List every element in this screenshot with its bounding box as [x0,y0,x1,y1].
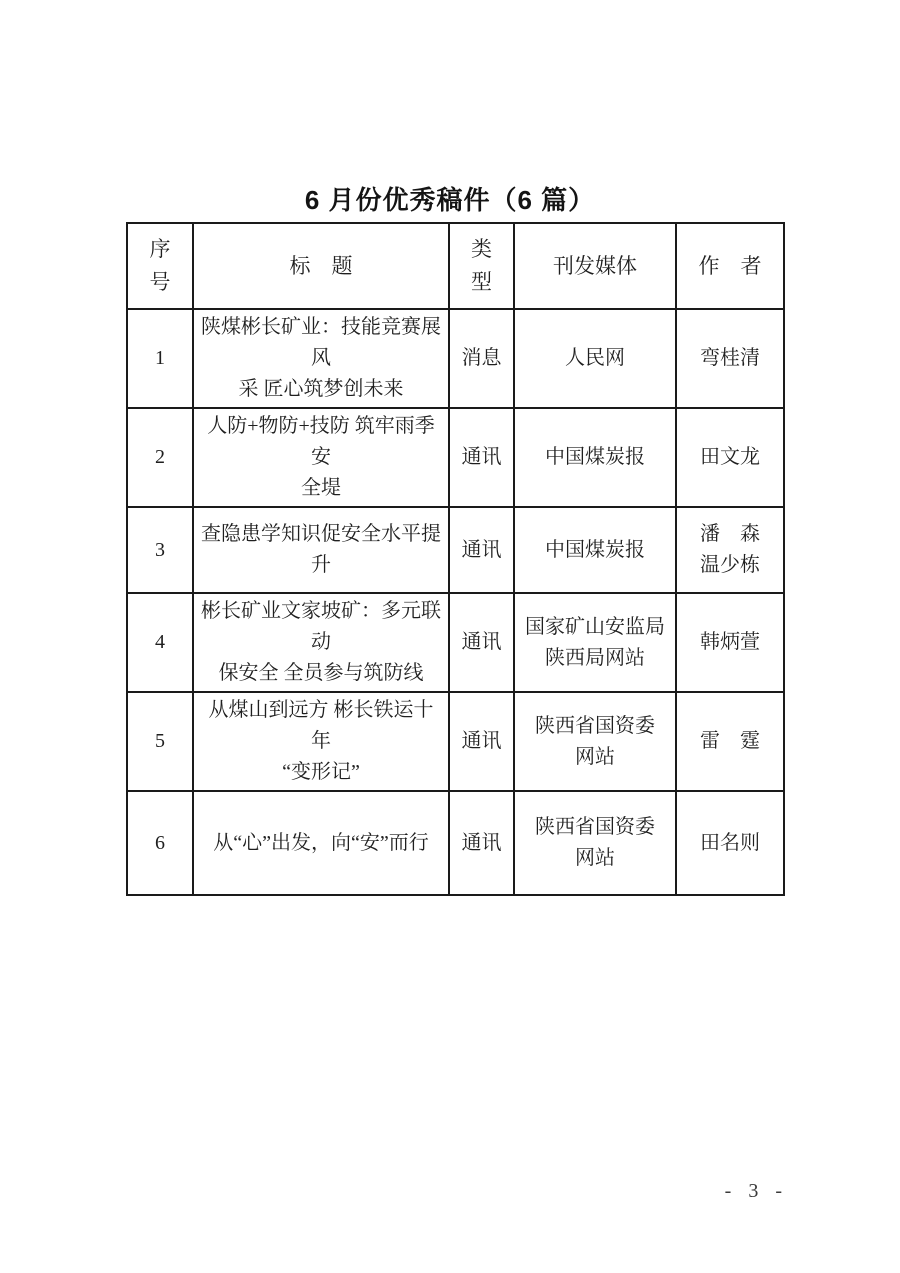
table-row: 1 陕煤彬长矿业：技能竞赛展风 采 匠心筑梦创未来 消息 人民网 弯桂清 [127,309,784,408]
header-type: 类 型 [449,223,514,309]
table-row: 6 从“心”出发，向“安”而行 通讯 陕西省国资委 网站 田名则 [127,791,784,895]
cell-media: 陕西省国资委 网站 [514,692,676,791]
cell-serial-number: 1 [127,309,193,408]
table-row: 5 从煤山到远方 彬长铁运十年 “变形记” 通讯 陕西省国资委 网站 雷 霆 [127,692,784,791]
cell-media: 陕西省国资委 网站 [514,791,676,895]
cell-title: 从“心”出发，向“安”而行 [193,791,449,895]
page-number: - 3 - [725,1180,788,1203]
cell-type: 消息 [449,309,514,408]
cell-type: 通讯 [449,692,514,791]
cell-media: 中国煤炭报 [514,408,676,507]
table-row: 4 彬长矿业文家坡矿：多元联动 保安全 全员参与筑防线 通讯 国家矿山安监局 陕… [127,593,784,692]
cell-type: 通讯 [449,408,514,507]
cell-media: 国家矿山安监局 陕西局网站 [514,593,676,692]
cell-author: 田文龙 [676,408,784,507]
cell-media: 中国煤炭报 [514,507,676,593]
header-media: 刊发媒体 [514,223,676,309]
cell-title: 陕煤彬长矿业：技能竞赛展风 采 匠心筑梦创未来 [193,309,449,408]
header-author: 作 者 [676,223,784,309]
cell-title: 人防+物防+技防 筑牢雨季安 全堤 [193,408,449,507]
page-title: 6 月份优秀稿件（6 篇） [0,180,900,217]
cell-author: 弯桂清 [676,309,784,408]
cell-serial-number: 2 [127,408,193,507]
cell-serial-number: 4 [127,593,193,692]
cell-author: 潘 森 温少栋 [676,507,784,593]
document-page: 6 月份优秀稿件（6 篇） 序 号 标 题 类 型 刊发媒体 作 者 1 陕煤彬… [0,0,900,1273]
table-header-row: 序 号 标 题 类 型 刊发媒体 作 者 [127,223,784,309]
cell-title: 从煤山到远方 彬长铁运十年 “变形记” [193,692,449,791]
header-title: 标 题 [193,223,449,309]
cell-serial-number: 5 [127,692,193,791]
table-row: 3 查隐患学知识促安全水平提升 通讯 中国煤炭报 潘 森 温少栋 [127,507,784,593]
cell-type: 通讯 [449,791,514,895]
cell-author: 雷 霆 [676,692,784,791]
header-serial-number: 序 号 [127,223,193,309]
cell-serial-number: 3 [127,507,193,593]
cell-serial-number: 6 [127,791,193,895]
cell-type: 通讯 [449,593,514,692]
manuscripts-table: 序 号 标 题 类 型 刊发媒体 作 者 1 陕煤彬长矿业：技能竞赛展风 采 匠… [126,222,785,896]
table-row: 2 人防+物防+技防 筑牢雨季安 全堤 通讯 中国煤炭报 田文龙 [127,408,784,507]
cell-title: 彬长矿业文家坡矿：多元联动 保安全 全员参与筑防线 [193,593,449,692]
cell-author: 田名则 [676,791,784,895]
cell-author: 韩炳萱 [676,593,784,692]
cell-title: 查隐患学知识促安全水平提升 [193,507,449,593]
cell-type: 通讯 [449,507,514,593]
cell-media: 人民网 [514,309,676,408]
